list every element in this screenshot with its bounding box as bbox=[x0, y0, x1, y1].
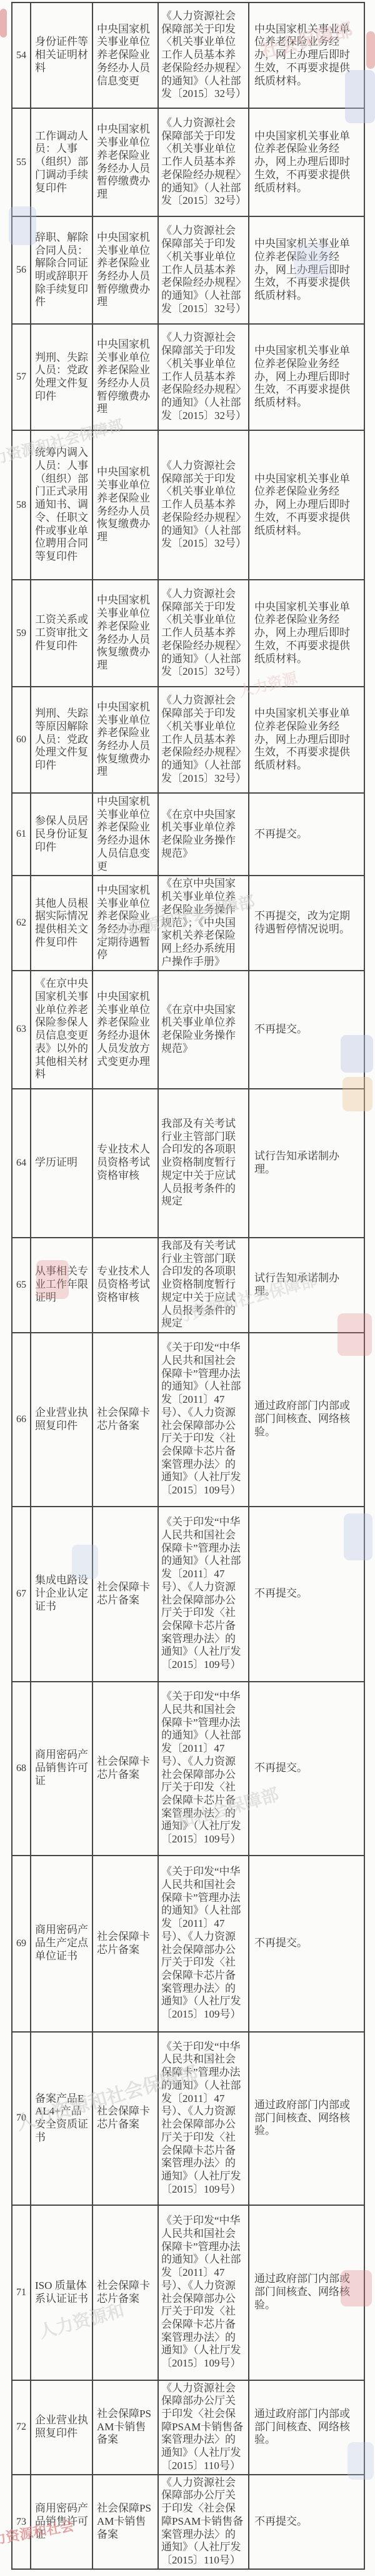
legal-basis-cell: 《在京中央国家机关事业单位养老保险业务操作规范》；《中央国家机关养老保险网上经办… bbox=[158, 876, 249, 970]
handling-opinion-cell: 中央国家机关事业单位养老保险业务经办，网上办理后即时生效，不再要求提供纸质材料。 bbox=[249, 687, 364, 793]
handling-opinion-cell: 试行告知承诺制办理。 bbox=[249, 1089, 364, 1238]
legal-basis-cell: 《人力资源社会保障部关于印发〈机关事业单位工作人员基本养老保险经办规程〉的通知》… bbox=[158, 687, 249, 793]
table-row: 56 辞职、解除合同人员：解除合同证明或辞职开除手续复印件 中央国家机关事业单位… bbox=[12, 216, 364, 324]
table-row: 63 《在京中央国家机关事业单位养老保险参保人员信息变更表》以外的其他相关材料 … bbox=[12, 971, 364, 1089]
table-row: 65 从事相关专业工作年限证明 专业技术人员资格考试资格审核 我部及有关考试行业… bbox=[12, 1238, 364, 1333]
row-number-cell: 57 bbox=[12, 324, 31, 430]
handling-matter-cell: 专业技术人员资格考试资格审核 bbox=[92, 1238, 158, 1333]
legal-basis-cell: 《人力资源社会保障部关于印发〈机关事业单位工作人员基本养老保险经办规程〉的通知》… bbox=[158, 324, 249, 430]
legal-basis-cell: 《人力资源社会保障部关于印发〈机关事业单位工作人员基本养老保险经办规程〉的通知》… bbox=[158, 108, 249, 216]
handling-matter-cell: 中央国家机关事业单位养老保险业务经办人员暂停缴费办理 bbox=[92, 108, 158, 216]
legal-basis-cell: 《关于印发“中华人民共和国社会保障卡”管理办法的通知》（人社部发〔2011〕47… bbox=[158, 1333, 249, 1507]
handling-opinion-cell: 通过政府部门内部或部门间核查、网络核验。 bbox=[249, 2032, 364, 2205]
handling-opinion-cell: 不再提交。 bbox=[249, 1856, 364, 2032]
legal-basis-cell: 《人力资源社会保障部办公厅关于印发〈社会保障PSAM卡销售备案管理办法〉的通知》… bbox=[158, 2380, 249, 2475]
table-row: 58 统筹内调入人员：人事（组织）部门正式录用通知书、调令、任职文件或事业单位聘… bbox=[12, 430, 364, 580]
handling-opinion-cell: 通过政府部门内部或部门间核查、网络核验。 bbox=[249, 2380, 364, 2475]
handling-matter-cell: 社会保障PSAM卡销售备案 bbox=[92, 2380, 158, 2475]
row-number-cell: 56 bbox=[12, 216, 31, 324]
material-name-cell: 参保人员居民身份证复印件 bbox=[31, 793, 92, 876]
handling-matter-cell: 中央国家机关事业单位养老保险业务经办人员恢复缴费办理 bbox=[92, 430, 158, 580]
row-number-cell: 58 bbox=[12, 430, 31, 580]
legal-basis-cell: 《人力资源社会保障部办公厅关于印发〈社会保障PSAM卡销售备案管理办法〉的通知》… bbox=[158, 2475, 249, 2569]
row-number-cell: 60 bbox=[12, 687, 31, 793]
material-name-cell: 商用密码产品销售许可证 bbox=[31, 2475, 92, 2569]
table-row: 70 备案产品EAL4+产品安全资质证书 社会保障卡芯片备案 《关于印发“中华人… bbox=[12, 2032, 364, 2205]
handling-opinion-cell: 通过政府部门内部或部门间核查、网络核验。 bbox=[249, 2205, 364, 2380]
material-name-cell: 商用密码产品生产定点单位证书 bbox=[31, 1856, 92, 2032]
legal-basis-cell: 《关于印发“中华人民共和国社会保障卡”管理办法的通知》（人社部发〔2011〕47… bbox=[158, 1856, 249, 2032]
material-name-cell: ISO 质量体系认证证书 bbox=[31, 2205, 92, 2380]
material-name-cell: 企业营业执照复印件 bbox=[31, 2380, 92, 2475]
row-number-cell: 72 bbox=[12, 2380, 31, 2475]
row-number-cell: 67 bbox=[12, 1507, 31, 1682]
handling-matter-cell: 中央国家机关事业单位养老保险业务经办人员暂停缴费办理 bbox=[92, 324, 158, 430]
handling-matter-cell: 社会保障卡芯片备案 bbox=[92, 1333, 158, 1507]
legal-basis-cell: 《关于印发“中华人民共和国社会保障卡”管理办法的通知》（人社部发〔2011〕47… bbox=[158, 2032, 249, 2205]
handling-matter-cell: 社会保障卡芯片备案 bbox=[92, 1856, 158, 2032]
row-number-cell: 62 bbox=[12, 876, 31, 970]
table-row: 64 学历证明 专业技术人员资格考试资格审核 我部及有关考试行业主管部门联合印发… bbox=[12, 1089, 364, 1238]
legal-basis-cell: 《人力资源社会保障部关于印发〈机关事业单位工作人员基本养老保险经办规程〉的通知》… bbox=[158, 216, 249, 324]
handling-opinion-cell: 通过政府部门内部或部门间核查、网络核验。 bbox=[249, 1333, 364, 1507]
legal-basis-cell: 《在京中央国家机关事业单位养老保险业务操作规范》 bbox=[158, 793, 249, 876]
row-number-cell: 70 bbox=[12, 2032, 31, 2205]
row-number-cell: 65 bbox=[12, 1238, 31, 1333]
handling-opinion-cell: 不再提交。 bbox=[249, 2475, 364, 2569]
handling-opinion-cell: 中央国家机关事业单位养老保险业务经办，网上办理后即时生效，不再要求提供纸质材料。 bbox=[249, 216, 364, 324]
handling-matter-cell: 中央国家机关事业单位养老保险业务经办人员暂停缴费办理 bbox=[92, 216, 158, 324]
legal-basis-cell: 《关于印发“中华人民共和国社会保障卡”管理办法的通知》（人社部发〔2011〕47… bbox=[158, 1507, 249, 1682]
material-name-cell: 工作调动人员：人事（组织）部门调动手续复印件 bbox=[31, 108, 92, 216]
handling-opinion-cell: 中央国家机关事业单位养老保险业务经办，网上办理后即时生效，不再要求提供纸质材料。 bbox=[249, 580, 364, 687]
table-row: 62 其他人员根据实际情况提供相关文件复印件 中央国家机关事业单位养老保险业务经… bbox=[12, 876, 364, 970]
table-row: 72 企业营业执照复印件 社会保障PSAM卡销售备案 《人力资源社会保障部办公厅… bbox=[12, 2380, 364, 2475]
handling-matter-cell: 社会保障卡芯片备案 bbox=[92, 1507, 158, 1682]
legal-basis-cell: 我部及有关考试行业主管部门联合印发的各项职业资格制度暂行规定中关于应试人员报考条… bbox=[158, 1238, 249, 1333]
handling-opinion-cell: 中央国家机关事业单位养老保险业务经办，网上办理后即时生效，不再要求提供纸质材料。 bbox=[249, 108, 364, 216]
handling-opinion-cell: 不再提交。 bbox=[249, 1682, 364, 1856]
handling-opinion-cell: 中央国家机关事业单位养老保险业务经办，网上办理后即时生效，不再要求提供纸质材料。 bbox=[249, 324, 364, 430]
material-name-cell: 工资关系或工资审批文件复印件 bbox=[31, 580, 92, 687]
legal-basis-cell: 《在京中央国家机关事业单位养老保险业务操作规范》 bbox=[158, 971, 249, 1089]
handling-matter-cell: 社会保障卡芯片备案 bbox=[92, 2032, 158, 2205]
table-row: 71 ISO 质量体系认证证书 社会保障卡芯片备案 《关于印发“中华人民共和国社… bbox=[12, 2205, 364, 2380]
material-name-cell: 企业营业执照复印件 bbox=[31, 1333, 92, 1507]
legal-basis-cell: 《关于印发“中华人民共和国社会保障卡”管理办法的通知》（人社部发〔2011〕47… bbox=[158, 2205, 249, 2380]
handling-matter-cell: 中央国家机关事业单位养老保险业务经办办理定期待遇暂停 bbox=[92, 876, 158, 970]
row-number-cell: 66 bbox=[12, 1333, 31, 1507]
scanned-document-page: 54 身份证件等相关证明材料 中央国家机关事业单位养老保险业务经办人员信息变更 … bbox=[0, 0, 375, 2576]
material-name-cell: 集成电路设计企业认定证书 bbox=[31, 1507, 92, 1682]
legal-basis-cell: 《人力资源社会保障部关于印发〈机关事业单位工作人员基本养老保险经办规程〉的通知》… bbox=[158, 580, 249, 687]
handling-matter-cell: 社会保障卡芯片备案 bbox=[92, 1682, 158, 1856]
material-name-cell: 统筹内调入人员：人事（组织）部门正式录用通知书、调令、任职文件或事业单位聘用合同… bbox=[31, 430, 92, 580]
handling-matter-cell: 社会保障卡芯片备案 bbox=[92, 2205, 158, 2380]
row-number-cell: 68 bbox=[12, 1682, 31, 1856]
material-name-cell: 备案产品EAL4+产品安全资质证书 bbox=[31, 2032, 92, 2205]
row-number-cell: 54 bbox=[12, 3, 31, 108]
table-row: 54 身份证件等相关证明材料 中央国家机关事业单位养老保险业务经办人员信息变更 … bbox=[12, 3, 364, 108]
handling-opinion-cell: 不再提交。 bbox=[249, 793, 364, 876]
row-number-cell: 63 bbox=[12, 971, 31, 1089]
handling-opinion-cell: 中央国家机关事业单位养老保险业务经办，网上办理后即时生效，不再要求提供纸质材料。 bbox=[249, 430, 364, 580]
handling-opinion-cell: 不再提交。 bbox=[249, 1507, 364, 1682]
table-row: 55 工作调动人员：人事（组织）部门调动手续复印件 中央国家机关事业单位养老保险… bbox=[12, 108, 364, 216]
material-name-cell: 学历证明 bbox=[31, 1089, 92, 1238]
handling-matter-cell: 中央国家机关事业单位养老保险业务经办人员恢复缴费办理 bbox=[92, 580, 158, 687]
row-number-cell: 71 bbox=[12, 2205, 31, 2380]
material-name-cell: 辞职、解除合同人员：解除合同证明或辞职开除手续复印件 bbox=[31, 216, 92, 324]
legal-basis-cell: 我部及有关考试行业主管部门联合印发的各项职业资格制度暂行规定中关于应试人员报考条… bbox=[158, 1089, 249, 1238]
watermark-logo-mark bbox=[366, 31, 375, 69]
table-row: 73 商用密码产品销售许可证 社会保障PSAM卡销售备案 《人力资源社会保障部办… bbox=[12, 2475, 364, 2569]
row-number-cell: 69 bbox=[12, 1856, 31, 2032]
material-name-cell: 判刑、失踪等原因解除人员：党政处理文件复印件 bbox=[31, 687, 92, 793]
handling-matter-cell: 中央国家机关事业单位养老保险业务经办退休人员发放方式变更办理 bbox=[92, 971, 158, 1089]
handling-opinion-cell: 不再提交，改为定期待遇暂停情况说明。 bbox=[249, 876, 364, 970]
table-row: 69 商用密码产品生产定点单位证书 社会保障卡芯片备案 《关于印发“中华人民共和… bbox=[12, 1856, 364, 2032]
material-name-cell: 其他人员根据实际情况提供相关文件复印件 bbox=[31, 876, 92, 970]
row-number-cell: 73 bbox=[12, 2475, 31, 2569]
handling-opinion-cell: 中央国家机关事业单位养老保险业务经办，网上办理后即时生效，不再要求提供纸质材料。 bbox=[249, 3, 364, 108]
handling-matter-cell: 专业技术人员资格考试资格审核 bbox=[92, 1089, 158, 1238]
handling-matter-cell: 社会保障PSAM卡销售备案 bbox=[92, 2475, 158, 2569]
row-number-cell: 59 bbox=[12, 580, 31, 687]
row-number-cell: 61 bbox=[12, 793, 31, 876]
material-name-cell: 身份证件等相关证明材料 bbox=[31, 3, 92, 108]
table-row: 59 工资关系或工资审批文件复印件 中央国家机关事业单位养老保险业务经办人员恢复… bbox=[12, 580, 364, 687]
legal-basis-cell: 《人力资源社会保障部关于印发〈机关事业单位工作人员基本养老保险经办规程〉的通知》… bbox=[158, 430, 249, 580]
row-number-cell: 55 bbox=[12, 108, 31, 216]
table-row: 68 商用密码产品销售许可证 社会保障卡芯片备案 《关于印发“中华人民共和国社会… bbox=[12, 1682, 364, 1856]
handling-matter-cell: 中央国家机关事业单位养老保险业务经办人员信息变更 bbox=[92, 3, 158, 108]
table-row: 67 集成电路设计企业认定证书 社会保障卡芯片备案 《关于印发“中华人民共和国社… bbox=[12, 1507, 364, 1682]
handling-opinion-cell: 不再提交。 bbox=[249, 971, 364, 1089]
watermark-logo-mark bbox=[0, 9, 7, 38]
handling-matter-cell: 中央国家机关事业单位养老保险业务经办人员恢复缴费办理 bbox=[92, 687, 158, 793]
handling-matter-cell: 中央国家机关事业单位养老保险业务经办退休人员信息变更 bbox=[92, 793, 158, 876]
material-name-cell: 《在京中央国家机关事业单位养老保险参保人员信息变更表》以外的其他相关材料 bbox=[31, 971, 92, 1089]
handling-opinion-cell: 试行告知承诺制办理。 bbox=[249, 1238, 364, 1333]
material-name-cell: 商用密码产品销售许可证 bbox=[31, 1682, 92, 1856]
row-number-cell: 64 bbox=[12, 1089, 31, 1238]
table-row: 61 参保人员居民身份证复印件 中央国家机关事业单位养老保险业务经办退休人员信息… bbox=[12, 793, 364, 876]
material-name-cell: 判刑、失踪人员：党政处理文件复印件 bbox=[31, 324, 92, 430]
material-name-cell: 从事相关专业工作年限证明 bbox=[31, 1238, 92, 1333]
table-row: 66 企业营业执照复印件 社会保障卡芯片备案 《关于印发“中华人民共和国社会保障… bbox=[12, 1333, 364, 1507]
table-row: 57 判刑、失踪人员：党政处理文件复印件 中央国家机关事业单位养老保险业务经办人… bbox=[12, 324, 364, 430]
legal-basis-cell: 《关于印发“中华人民共和国社会保障卡”管理办法的通知》（人社部发〔2011〕47… bbox=[158, 1682, 249, 1856]
materials-requirements-table: 54 身份证件等相关证明材料 中央国家机关事业单位养老保险业务经办人员信息变更 … bbox=[11, 2, 365, 2570]
table-row: 60 判刑、失踪等原因解除人员：党政处理文件复印件 中央国家机关事业单位养老保险… bbox=[12, 687, 364, 793]
legal-basis-cell: 《人力资源社会保障部关于印发〈机关事业单位工作人员基本养老保险经办规程〉的通知》… bbox=[158, 3, 249, 108]
